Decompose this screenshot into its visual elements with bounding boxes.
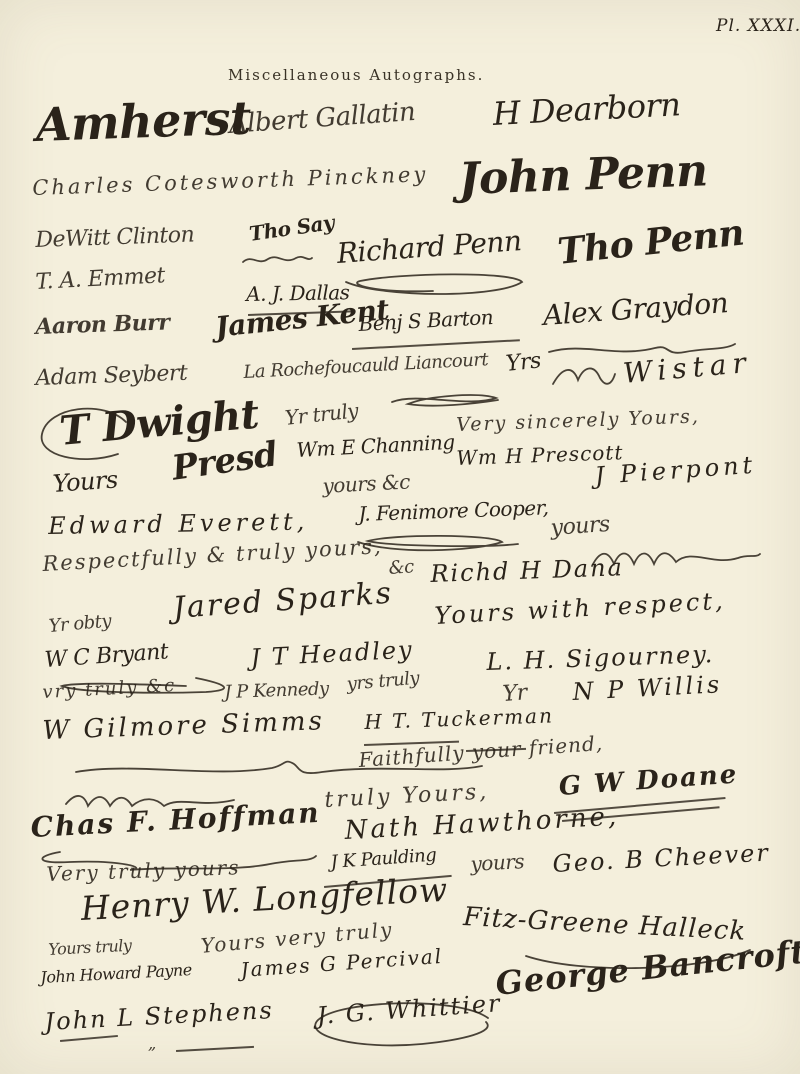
signature-h-t-tuckerman: H T. Tuckerman (364, 705, 554, 732)
barton-underline (352, 339, 520, 349)
signature-edward-everett: Edward Everett, (48, 509, 308, 538)
closing-yours-presd: Yours (52, 467, 118, 495)
closing-yrs-wistar: Yrs (505, 350, 542, 376)
plate-number-label: Pl. XXXI. (716, 16, 800, 36)
signature-presd: Presd (170, 437, 279, 485)
signature-t-a-emmet: T. A. Emmet (35, 265, 165, 294)
signature-n-p-willis: N P Willis (572, 672, 723, 704)
dwight-oval-flourish (34, 404, 134, 464)
signature-wm-e-channing: Wm E Channing (296, 432, 455, 460)
signature-amherst: Amherst (35, 94, 251, 147)
signature-la-rochefoucauld-liancourt: La Rochefoucauld Liancourt (243, 351, 489, 382)
signature-john-howard-payne: John Howard Payne (40, 962, 192, 986)
signature-aaron-burr: Aaron Burr (35, 311, 170, 338)
signature-g-w-doane: G W Doane (558, 761, 739, 799)
larochefoucauld-scrawl-flourish (388, 390, 503, 410)
stephens-underline-2 (176, 1046, 254, 1052)
signature-albert-gallatin: Albert Gallatin (228, 99, 416, 138)
wistar-scrawl-flourish (548, 360, 618, 392)
closing-yr-obty-bryant: Yr obty (48, 613, 112, 636)
signature-j-p-kennedy: J P Kennedy (224, 680, 329, 702)
closing-yr-truly-channing: Yr truly (284, 400, 359, 428)
signature-j-t-headley: J T Headley (250, 637, 414, 670)
closing-etc-dana: &c (388, 558, 414, 578)
autograph-plate-page: Pl. XXXI. Miscellaneous Autographs. Amhe… (0, 0, 800, 1074)
closing-truly-yours-doane: truly Yours, (324, 781, 490, 812)
signature-wistar: Wistar (622, 349, 753, 388)
signature-charles-cotesworth-pinckney: Charles Cotesworth Pinckney (32, 164, 429, 199)
signature-w-c-bryant: W C Bryant (44, 641, 169, 672)
signature-tho-say: Tho Say (248, 212, 335, 244)
whittier-encircle-flourish (298, 998, 508, 1054)
signature-geo-b-cheever: Geo. B Cheever (552, 841, 770, 876)
stephens-ditto-mark: „ (148, 1036, 156, 1052)
signature-fitz-greene-halleck: Fitz-Greene Halleck (463, 904, 747, 945)
signature-george-bancroft: George Bancroft (494, 935, 800, 999)
signature-jared-sparks: Jared Sparks (172, 579, 394, 624)
signature-adam-seybert: Adam Seybert (35, 363, 188, 390)
signature-tho-penn: Tho Penn (556, 214, 746, 269)
stephens-underline-1 (60, 1035, 118, 1042)
signature-dewitt-clinton: DeWitt Clinton (35, 224, 195, 252)
signature-h-dearborn: H Dearborn (492, 88, 681, 130)
signature-benj-s-barton: Benj S Barton (358, 307, 494, 334)
signature-j-fenimore-cooper: J. Fenimore Cooper, (358, 497, 549, 524)
closing-very-truly-yours-longfellow: Very truly yours (46, 857, 241, 884)
closing-vry-truly-etc-kennedy: vry truly &c (42, 677, 177, 702)
tho-say-scrawl-flourish (240, 252, 315, 268)
signature-john-penn: John Penn (458, 149, 708, 202)
signature-richd-h-dana: Richd H Dana (430, 555, 624, 586)
signature-richard-penn: Richard Penn (336, 227, 522, 268)
closing-very-sincerely-yours-prescott: Very sincerely Yours, (456, 407, 700, 434)
signature-l-h-sigourney: L. H. Sigourney. (486, 642, 715, 674)
page-title: Miscellaneous Autographs. (228, 66, 484, 84)
signature-john-l-stephens: John L Stephens (44, 998, 274, 1034)
signature-w-gilmore-simms: W Gilmore Simms (42, 708, 325, 744)
closing-yrs-truly-willis: yrs truly (346, 670, 420, 694)
closing-yr-willis: Yr (502, 682, 528, 706)
signature-alex-graydon: Alex Graydon (542, 289, 729, 330)
closing-yours-etc: yours &c (322, 471, 410, 496)
closing-yours-irving: yours (550, 514, 611, 540)
closing-yours-cheever: yours (470, 851, 525, 874)
closing-yours-with-respect-sigourney: Yours with respect, (434, 589, 726, 628)
signature-j-k-paulding: J K Paulding (330, 847, 437, 872)
closing-respectfully-truly-yours-dana: Respectfully & truly yours, (42, 536, 383, 575)
closing-yours-truly-payne: Yours truly (48, 938, 132, 958)
